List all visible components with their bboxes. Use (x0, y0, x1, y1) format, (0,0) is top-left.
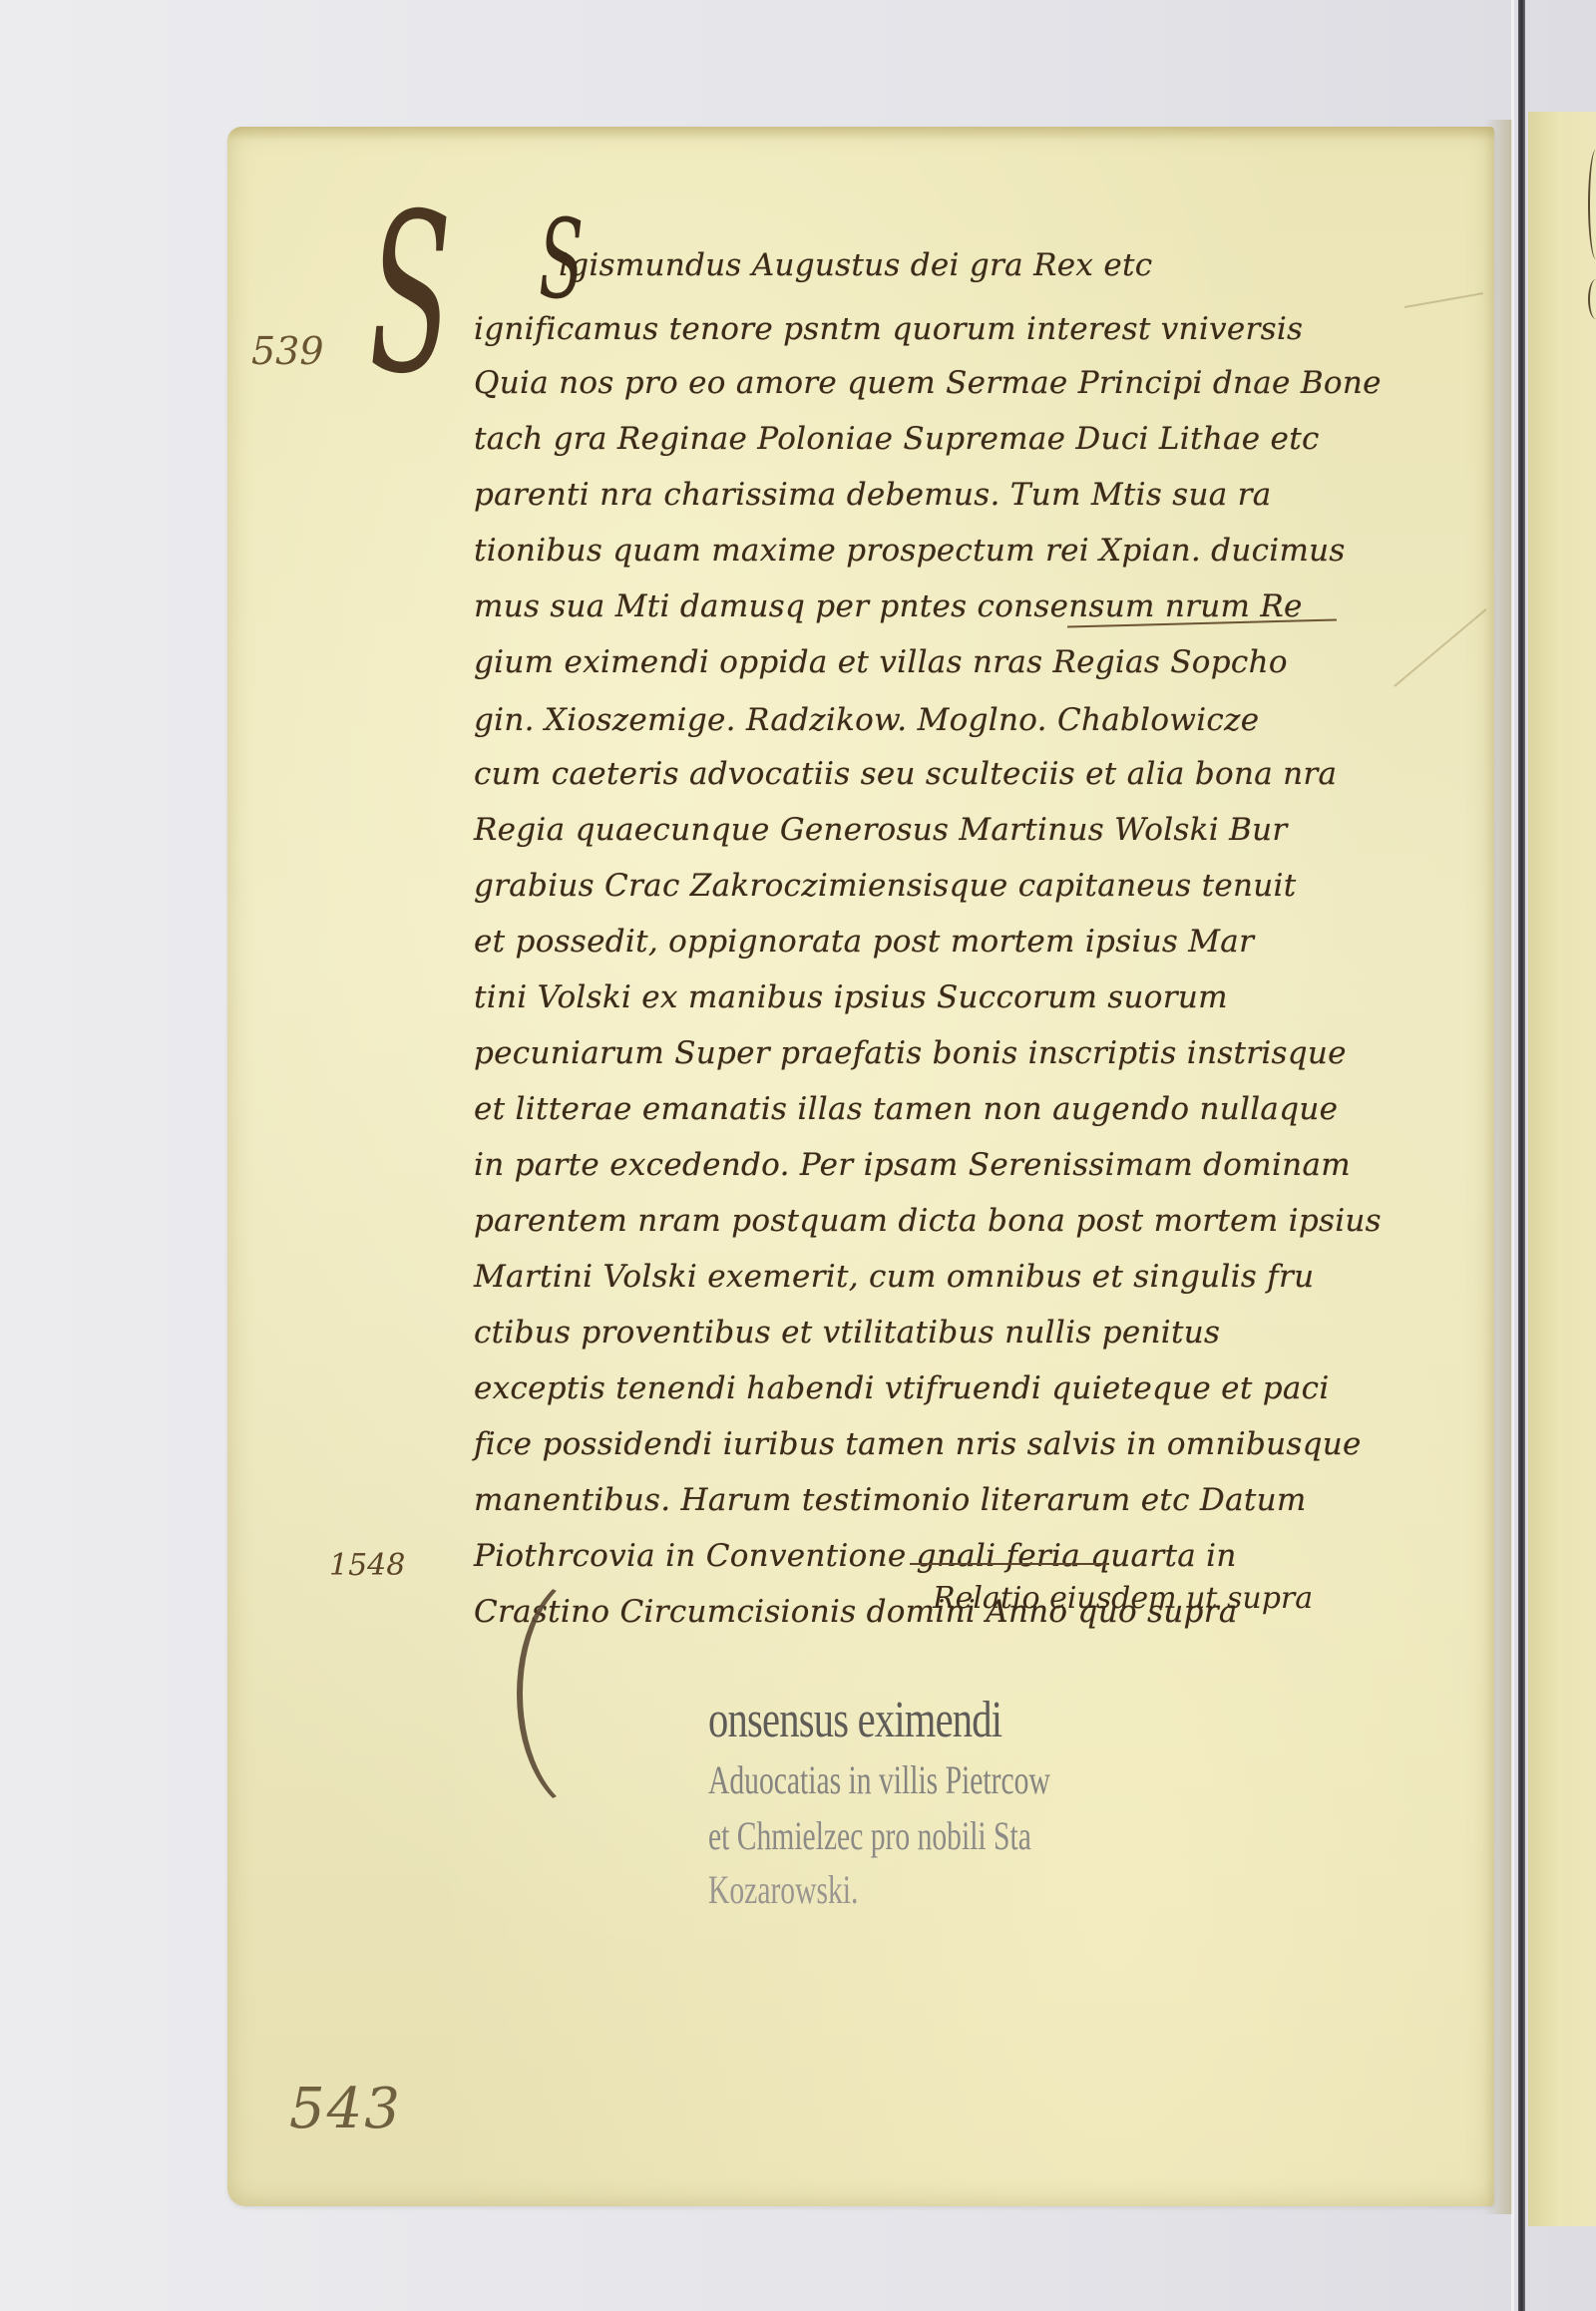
year-margin-note: 1548 (329, 1548, 405, 1583)
text-line: in parte excedendo. Per ipsam Serenissim… (474, 1147, 1351, 1183)
relatio-signature: Relatio eiusdem ut supra (933, 1581, 1313, 1616)
text-line: parenti nra charissima debemus. Tum Mtis… (474, 477, 1272, 513)
text-line: tach gra Reginae Poloniae Supremae Duci … (474, 421, 1320, 457)
text-line: igismundus Augustus dei gra Rex etc (559, 247, 1152, 283)
endorsement-line: Aduocatias in villis Pietrcow (708, 1756, 1050, 1803)
text-line: gium eximendi oppida et villas nras Regi… (474, 644, 1288, 680)
text-line: et litterae emanatis illas tamen non aug… (474, 1091, 1338, 1127)
text-line: mus sua Mti damusq per pntes consensum n… (474, 588, 1303, 624)
decorated-initial-outer: S (369, 185, 452, 404)
endorsement-line: et Chmielzec pro nobili Sta (708, 1812, 1031, 1859)
text-line: Martini Volski exemerit, cum omnibus et … (474, 1259, 1314, 1295)
text-line: ctibus proventibus et vtilitatibus nulli… (474, 1315, 1220, 1350)
text-line: cum caeteris advocatiis seu sculteciis e… (474, 756, 1337, 792)
manuscript-page-right-partial (1528, 112, 1596, 2226)
parchment-crease (1394, 608, 1486, 687)
text-line: tini Volski ex manibus ipsius Succorum s… (474, 979, 1228, 1015)
folio-number-top: 539 (251, 329, 324, 373)
text-line: Piothrcovia in Conventione gnali feria q… (474, 1538, 1237, 1574)
ink-overline (910, 1563, 1109, 1565)
endorsement-line: onsensus eximendi (708, 1691, 1001, 1749)
binding-gutter (1518, 0, 1525, 2311)
folio-number-bottom: 543 (289, 2077, 402, 2141)
text-line: Regia quaecunque Generosus Martinus Wols… (474, 812, 1288, 848)
text-line: pecuniarum Super praefatis bonis inscrip… (474, 1035, 1347, 1071)
text-line: Quia nos pro eo amore quem Sermae Princi… (474, 365, 1382, 401)
text-line: gin. Xioszemige. Radzikow. Moglno. Chabl… (474, 702, 1259, 738)
page-top-edge (227, 127, 1494, 141)
text-line: tionibus quam maxime prospectum rei Xpia… (474, 533, 1346, 569)
gutter-shadow (1484, 120, 1512, 2214)
endorsement-line: Kozarowski. (708, 1866, 858, 1913)
text-line: grabius Crac Zakroczimiensisque capitane… (474, 868, 1297, 904)
text-line: et possedit, oppignorata post mortem ips… (474, 924, 1254, 960)
text-line: manentibus. Harum testimonio literarum e… (474, 1482, 1307, 1518)
text-line: exceptis tenendi habendi vtifruendi quie… (474, 1370, 1330, 1406)
text-line: parentem nram postquam dicta bona post m… (474, 1203, 1382, 1239)
parchment-crease (1404, 292, 1483, 308)
text-line: fice possidendi iuribus tamen nris salvi… (474, 1426, 1362, 1462)
glass-edge (1511, 0, 1514, 2311)
text-line: ignificamus tenore psntm quorum interest… (474, 311, 1303, 347)
